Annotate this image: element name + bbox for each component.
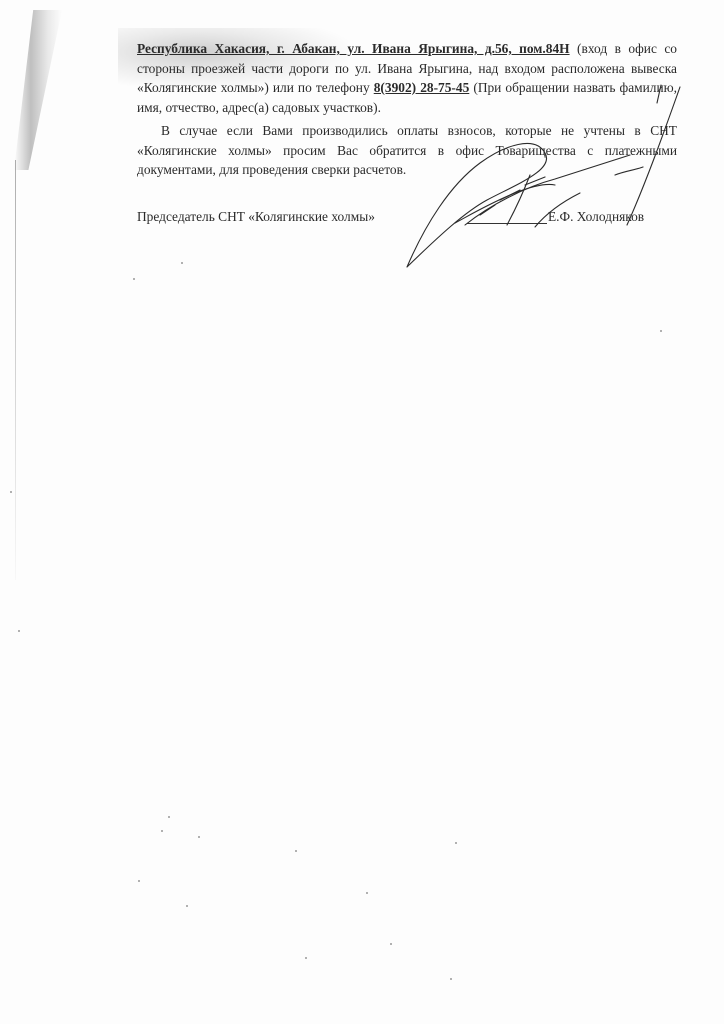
office-address: Республика Хакасия, г. Абакан, ул. Ивана… xyxy=(137,41,570,56)
payment-reconciliation-paragraph: В случае если Вами производились оплаты … xyxy=(137,121,677,180)
scanned-document-page: Республика Хакасия, г. Абакан, ул. Ивана… xyxy=(0,0,724,1024)
signature-block: Председатель СНТ «Колягинские холмы» Е.Ф… xyxy=(137,209,677,231)
contact-paragraph: Республика Хакасия, г. Абакан, ул. Ивана… xyxy=(137,39,677,117)
signatory-title: Председатель СНТ «Колягинские холмы» xyxy=(137,209,375,225)
phone-number: 8(3902) 28-75-45 xyxy=(374,80,470,95)
scan-edge-shadow xyxy=(14,10,62,170)
document-body: Республика Хакасия, г. Абакан, ул. Ивана… xyxy=(137,39,677,184)
signature-line xyxy=(467,223,547,224)
signatory-name: Е.Ф. Холодняков xyxy=(548,209,644,225)
scan-edge-line xyxy=(15,160,16,580)
